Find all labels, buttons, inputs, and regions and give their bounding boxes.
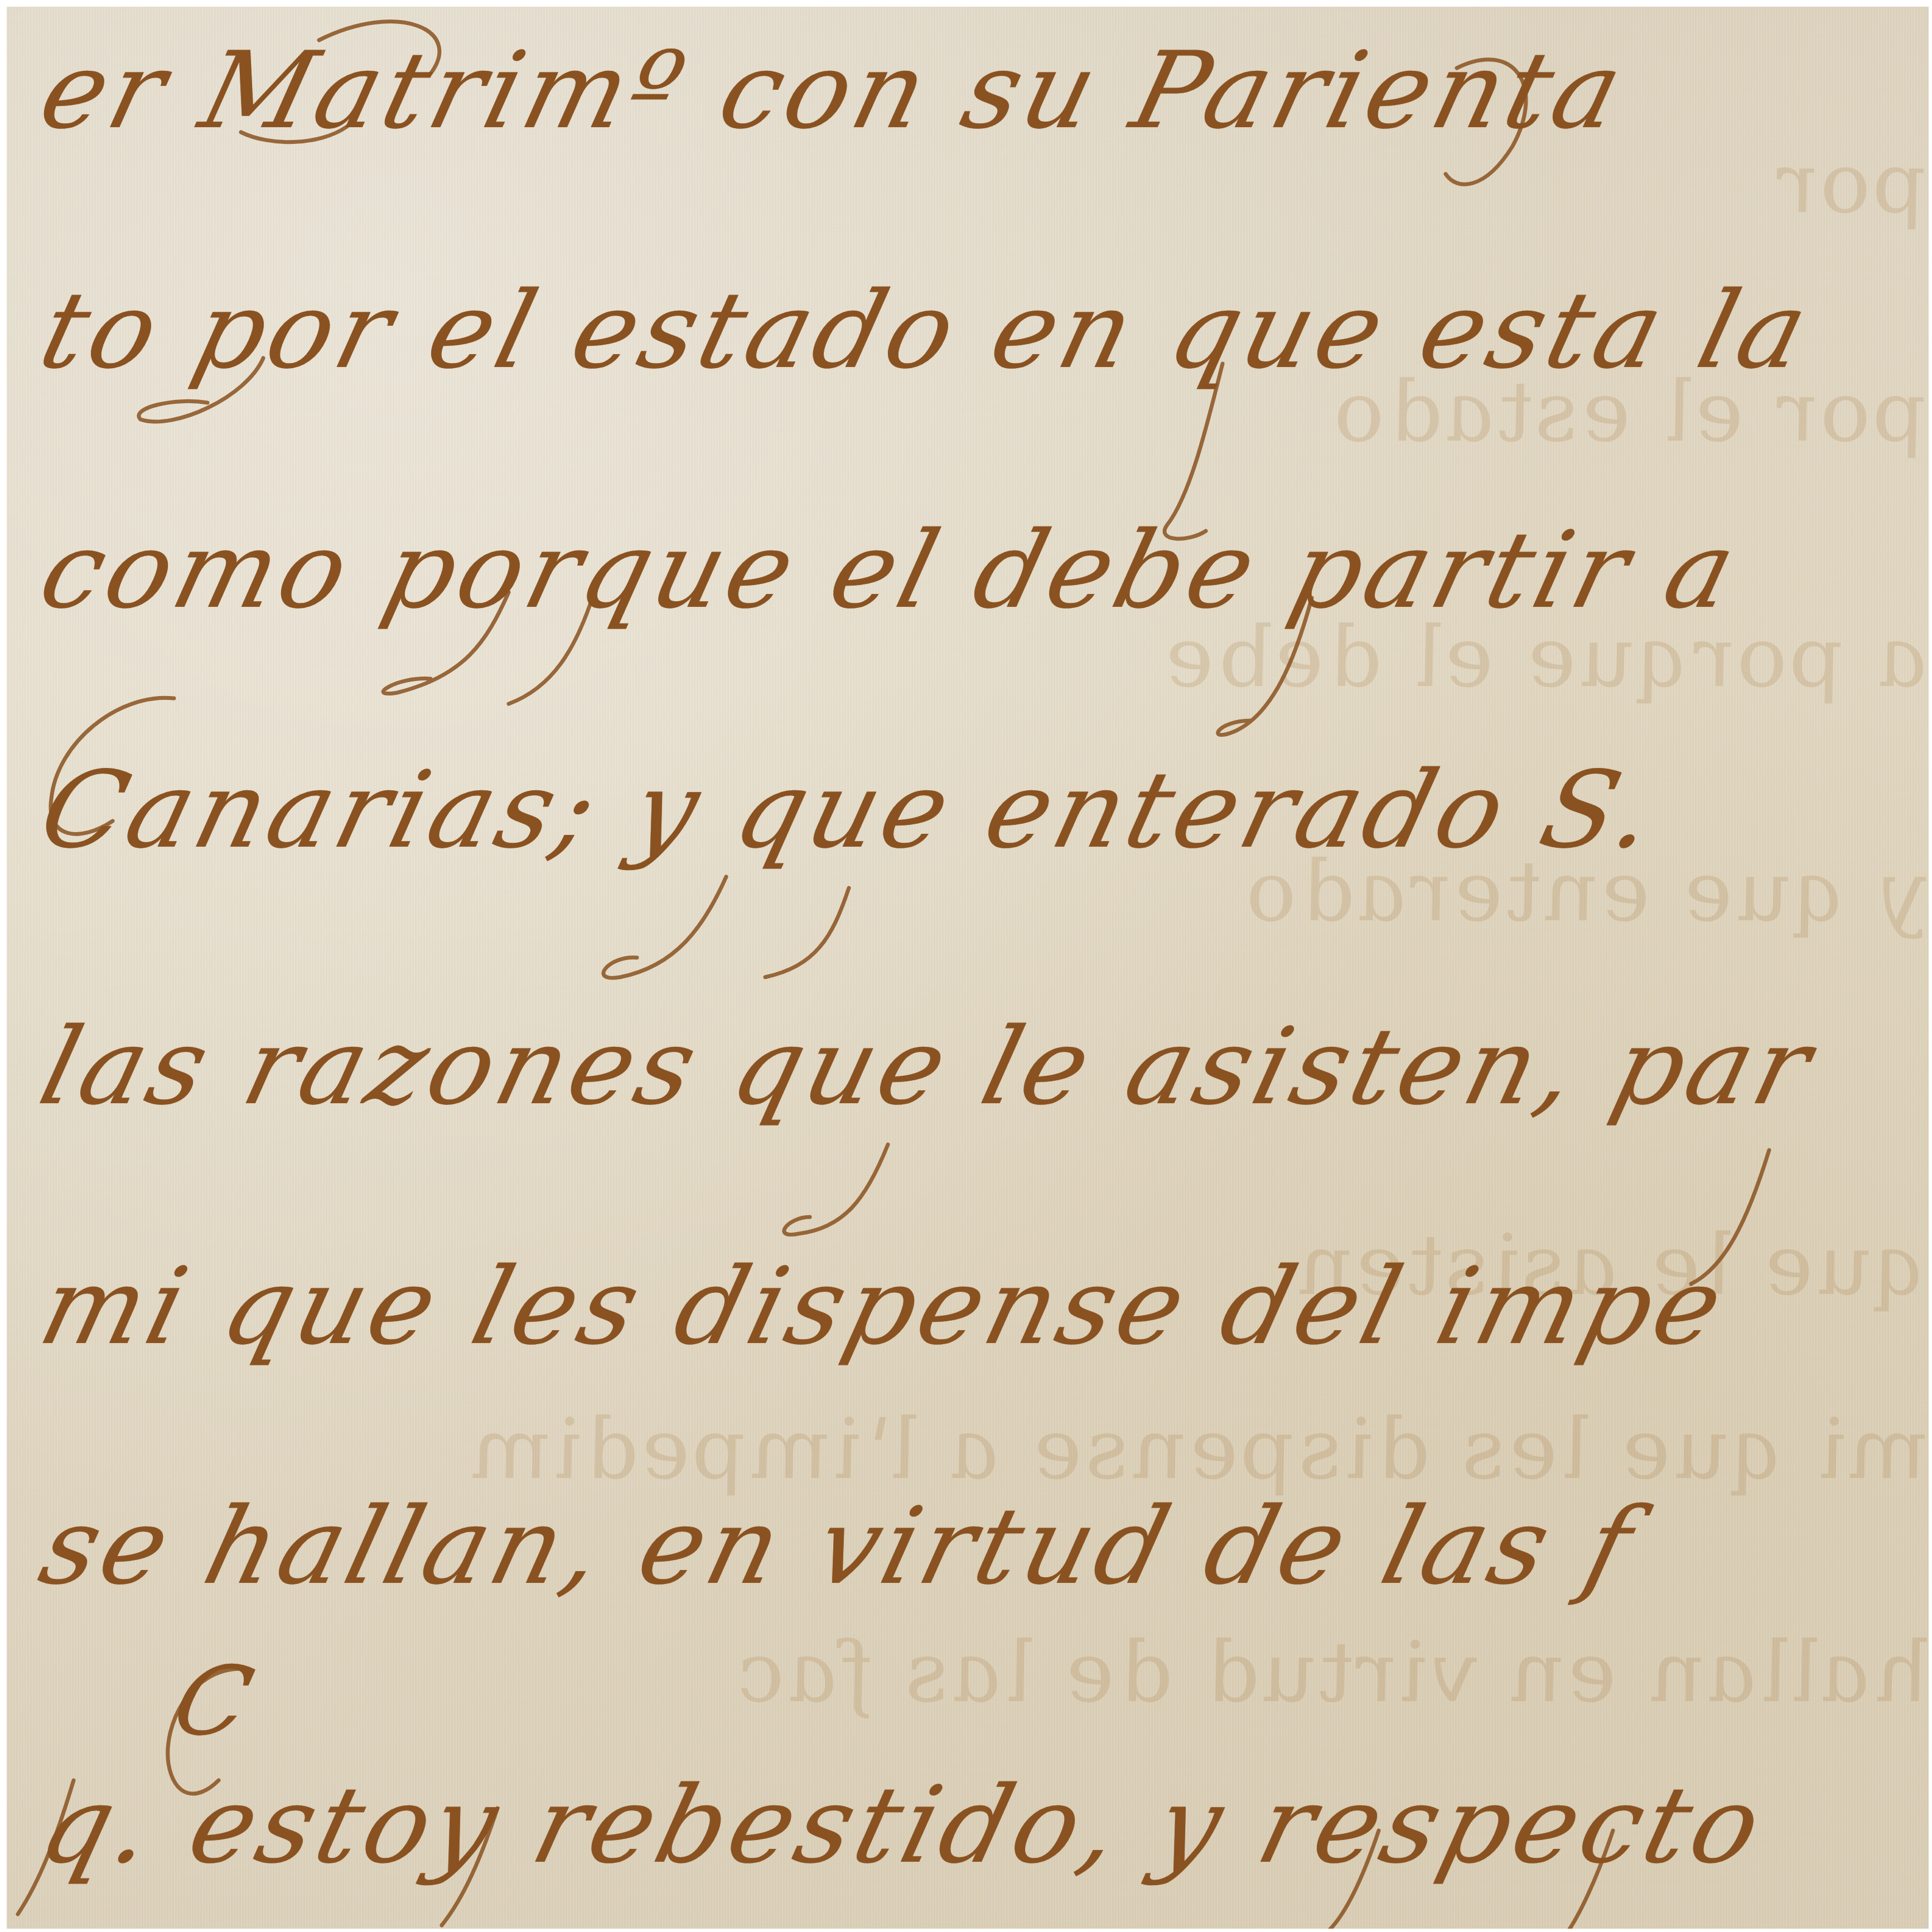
manuscript-line-8-capital: C — [163, 1646, 267, 1757]
manuscript-line-6: mi que les dispense del impe — [29, 1245, 1738, 1368]
manuscript-line-2: to por el estado en que esta la — [29, 269, 1823, 392]
bleed-through-text: hallan en virtud de las fac — [7, 1624, 1929, 1721]
manuscript-line-5: las razones que le asisten, par — [29, 1005, 1827, 1128]
manuscript-line-3: como porque el debe partir a — [29, 509, 1751, 632]
manuscript-line-9: q. estoy rebestido, y respecto — [29, 1764, 1777, 1887]
manuscript-page: por por el estado a porque el debe y que… — [7, 7, 1929, 1929]
manuscript-line-4: Canarias; y que enterado S. — [29, 748, 1672, 872]
bleed-through-text: mi que les dispense a l'impedim — [7, 1401, 1929, 1498]
manuscript-line-1: er Matrimº con su Parienta — [29, 29, 1638, 152]
manuscript-line-7: se hallan, en virtud de las f — [29, 1485, 1648, 1608]
